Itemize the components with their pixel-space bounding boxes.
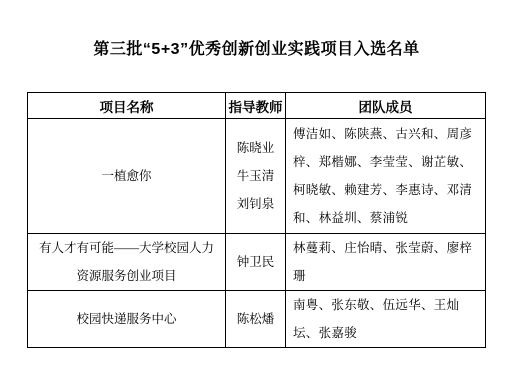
projects-table: 项目名称 指导教师 团队成员 一植愈你 陈晓业 牛玉清 刘钊泉 傅洁如、陈陕燕、… bbox=[27, 92, 486, 348]
project-name-cell: 有人才有可能——大学校园人力资源服务创业项目 bbox=[28, 234, 226, 291]
advisor-name: 陈松燔 bbox=[228, 305, 283, 333]
header-project-name: 项目名称 bbox=[28, 93, 226, 119]
advisor-name: 刘钊泉 bbox=[228, 190, 283, 218]
table-row: 校园快递服务中心 陈松燔 南粤、张东敬、伍远华、王灿坛、张嘉骏 bbox=[28, 291, 486, 348]
members-cell: 林蔓莉、庄怡晴、张莹蔚、廖梓珊 bbox=[286, 234, 486, 291]
table-header-row: 项目名称 指导教师 团队成员 bbox=[28, 93, 486, 119]
header-advisor: 指导教师 bbox=[226, 93, 286, 119]
members-cell: 南粤、张东敬、伍远华、王灿坛、张嘉骏 bbox=[286, 291, 486, 348]
advisor-cell: 陈松燔 bbox=[226, 291, 286, 348]
advisor-name: 牛玉清 bbox=[228, 162, 283, 190]
project-name-cell: 校园快递服务中心 bbox=[28, 291, 226, 348]
header-team-members: 团队成员 bbox=[286, 93, 486, 119]
advisor-name: 陈晓业 bbox=[228, 134, 283, 162]
table-row: 有人才有可能——大学校园人力资源服务创业项目 钟卫民 林蔓莉、庄怡晴、张莹蔚、廖… bbox=[28, 234, 486, 291]
table-row: 一植愈你 陈晓业 牛玉清 刘钊泉 傅洁如、陈陕燕、古兴和、周彦梓、郑楷娜、李莹莹… bbox=[28, 119, 486, 234]
advisor-cell: 钟卫民 bbox=[226, 234, 286, 291]
project-name-cell: 一植愈你 bbox=[28, 119, 226, 234]
document-page: 第三批“5+3”优秀创新创业实践项目入选名单 项目名称 指导教师 团队成员 一植… bbox=[0, 0, 513, 368]
advisor-name: 钟卫民 bbox=[228, 248, 283, 276]
members-cell: 傅洁如、陈陕燕、古兴和、周彦梓、郑楷娜、李莹莹、谢芷敏、柯晓敏、赖建芳、李惠诗、… bbox=[286, 119, 486, 234]
advisor-cell: 陈晓业 牛玉清 刘钊泉 bbox=[226, 119, 286, 234]
page-title: 第三批“5+3”优秀创新创业实践项目入选名单 bbox=[0, 36, 513, 59]
